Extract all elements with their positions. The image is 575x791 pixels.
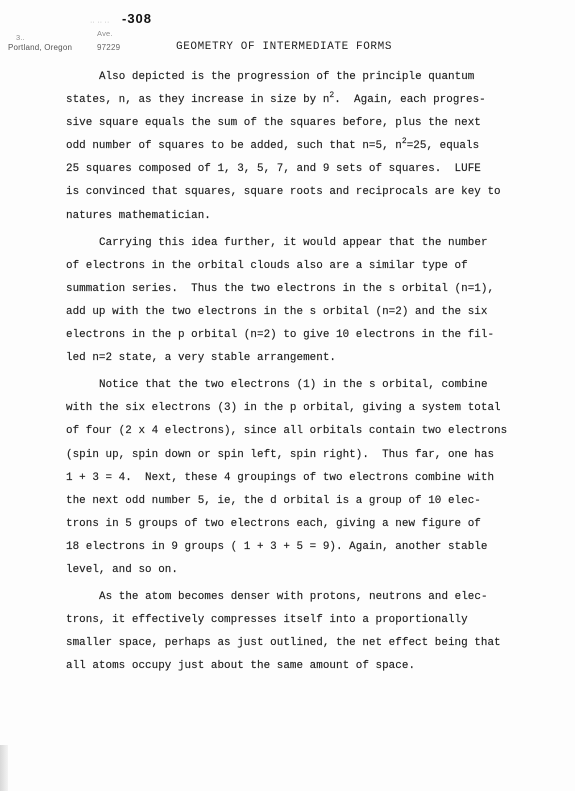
paragraph-3: Notice that the two electrons (1) in the… bbox=[66, 374, 546, 582]
text-line: is convinced that squares, square roots … bbox=[66, 181, 546, 204]
document-page: ·· ·· ·· -308 3.. Ave. Portland, Oregon … bbox=[0, 0, 575, 791]
text-line: all atoms occupy just about the same amo… bbox=[66, 655, 546, 678]
text-line: states, n, as they increase in size by n… bbox=[66, 89, 546, 112]
text-line: add up with the two electrons in the s o… bbox=[66, 301, 546, 324]
paragraph-1: Also depicted is the progression of the … bbox=[66, 66, 546, 228]
text-line: Notice that the two electrons (1) in the… bbox=[66, 374, 546, 397]
text-line: Carrying this idea further, it would app… bbox=[66, 232, 546, 255]
document-number: -308 bbox=[122, 11, 152, 26]
text-segment: . Again, each progres- bbox=[334, 94, 485, 106]
stamp-address-line: 3.. bbox=[16, 33, 25, 42]
text-line: summation series. Thus the two electrons… bbox=[66, 278, 546, 301]
paragraph-4: As the atom becomes denser with protons,… bbox=[66, 586, 546, 678]
document-title: GEOMETRY OF INTERMEDIATE FORMS bbox=[176, 41, 392, 53]
text-line: odd number of squares to be added, such … bbox=[66, 135, 546, 158]
text-line: 1 + 3 = 4. Next, these 4 groupings of tw… bbox=[66, 467, 546, 490]
text-line: electrons in the p orbital (n=2) to give… bbox=[66, 324, 546, 347]
text-line: trons, it effectively compresses itself … bbox=[66, 609, 546, 632]
text-line: Also depicted is the progression of the … bbox=[66, 66, 546, 89]
text-line: led n=2 state, a very stable arrangement… bbox=[66, 347, 546, 370]
stamp-city: Portland, Oregon bbox=[8, 43, 72, 52]
text-segment: odd number of squares to be added, such … bbox=[66, 140, 402, 152]
text-line: 25 squares composed of 1, 3, 5, 7, and 9… bbox=[66, 158, 546, 181]
text-segment: states, n, as they increase in size by n bbox=[66, 94, 329, 106]
text-line: the next odd number 5, ie, the d orbital… bbox=[66, 490, 546, 513]
text-line: natures mathematician. bbox=[66, 205, 546, 228]
text-line: of electrons in the orbital clouds also … bbox=[66, 255, 546, 278]
text-line: of four (2 x 4 electrons), since all orb… bbox=[66, 420, 546, 443]
text-line: level, and so on. bbox=[66, 559, 546, 582]
text-segment: =25, equals bbox=[407, 140, 479, 152]
stamp-avenue: Ave. bbox=[97, 29, 113, 38]
text-line: with the six electrons (3) in the p orbi… bbox=[66, 397, 546, 420]
scan-edge-shadow bbox=[0, 745, 8, 791]
document-body: Also depicted is the progression of the … bbox=[66, 66, 546, 678]
text-line: (spin up, spin down or spin left, spin r… bbox=[66, 444, 546, 467]
paragraph-2: Carrying this idea further, it would app… bbox=[66, 232, 546, 371]
text-line: sive square equals the sum of the square… bbox=[66, 112, 546, 135]
text-line: trons in 5 groups of two electrons each,… bbox=[66, 513, 546, 536]
text-line: As the atom becomes denser with protons,… bbox=[66, 586, 546, 609]
text-line: 18 electrons in 9 groups ( 1 + 3 + 5 = 9… bbox=[66, 536, 546, 559]
text-line: smaller space, perhaps as just outlined,… bbox=[66, 632, 546, 655]
stamp-zip: 97229 bbox=[97, 43, 120, 52]
stamp-faint-mark: ·· ·· ·· bbox=[90, 19, 109, 26]
